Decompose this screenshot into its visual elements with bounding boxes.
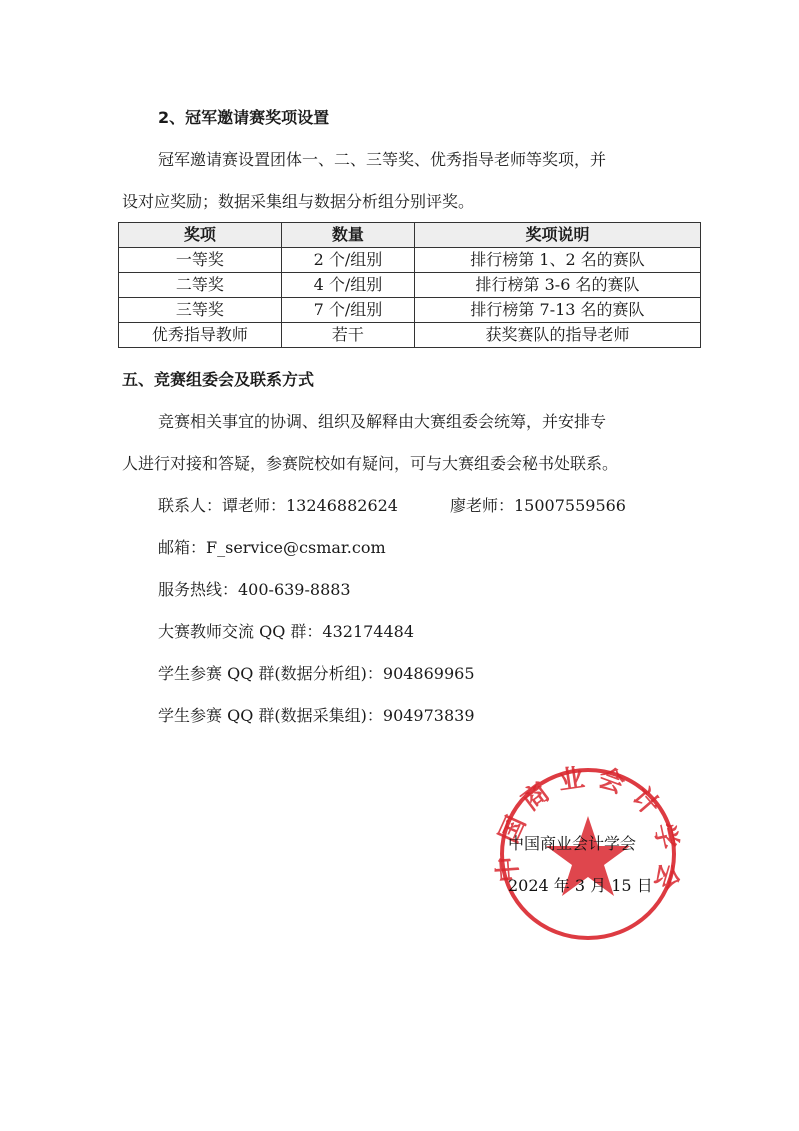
signature-date: 2024 年 3 月 15 日: [508, 876, 653, 896]
cell-description: 排行榜第 7-13 名的赛队: [414, 298, 700, 323]
contact-email: 邮箱：F_service@csmar.com: [158, 538, 386, 558]
contact-person-liao: 廖老师：15007559566: [450, 496, 626, 516]
table-row: 三等奖 7 个/组别 排行榜第 7-13 名的赛队: [119, 298, 701, 323]
contact-hotline: 服务热线：400-639-8883: [158, 580, 351, 600]
cell-award: 一等奖: [119, 248, 282, 273]
table-row: 一等奖 2 个/组别 排行榜第 1、2 名的赛队: [119, 248, 701, 273]
header-quantity: 数量: [281, 223, 414, 248]
cell-quantity: 若干: [281, 323, 414, 348]
contact-teacher-qq: 大赛教师交流 QQ 群：432174484: [158, 622, 414, 642]
section5-paragraph-line1: 竞赛相关事宜的协调、组织及解释由大赛组委会统筹，并安排专: [158, 412, 606, 432]
contact-person-tan: 联系人：谭老师：13246882624: [158, 496, 398, 516]
cell-award: 二等奖: [119, 273, 282, 298]
cell-description: 获奖赛队的指导老师: [414, 323, 700, 348]
section2-paragraph-line2: 设对应奖励；数据采集组与数据分析组分别评奖。: [122, 192, 474, 212]
cell-quantity: 2 个/组别: [281, 248, 414, 273]
contact-student-qq-collection: 学生参赛 QQ 群(数据采集组)：904973839: [158, 706, 475, 726]
contact-student-qq-analysis: 学生参赛 QQ 群(数据分析组)：904869965: [158, 664, 475, 684]
cell-award: 三等奖: [119, 298, 282, 323]
cell-description: 排行榜第 1、2 名的赛队: [414, 248, 700, 273]
section2-paragraph-line1: 冠军邀请赛设置团体一、二、三等奖、优秀指导老师等奖项，并: [158, 150, 606, 170]
section5-paragraph-line2: 人进行对接和答疑，参赛院校如有疑问，可与大赛组委会秘书处联系。: [122, 454, 618, 474]
table-row: 优秀指导教师 若干 获奖赛队的指导老师: [119, 323, 701, 348]
cell-description: 排行榜第 3-6 名的赛队: [414, 273, 700, 298]
section2-heading: 2、冠军邀请赛奖项设置: [158, 108, 329, 128]
table-header-row: 奖项 数量 奖项说明: [119, 223, 701, 248]
awards-table: 奖项 数量 奖项说明 一等奖 2 个/组别 排行榜第 1、2 名的赛队 二等奖 …: [118, 222, 701, 348]
header-award: 奖项: [119, 223, 282, 248]
section5-heading: 五、竞赛组委会及联系方式: [122, 370, 314, 390]
cell-quantity: 7 个/组别: [281, 298, 414, 323]
table-row: 二等奖 4 个/组别 排行榜第 3-6 名的赛队: [119, 273, 701, 298]
signature-organization: 中国商业会计学会: [508, 834, 636, 854]
cell-award: 优秀指导教师: [119, 323, 282, 348]
cell-quantity: 4 个/组别: [281, 273, 414, 298]
official-seal: 中国商业会计学会 中国商业会计学会 2024 年 3 月 15 日: [488, 766, 688, 946]
header-description: 奖项说明: [414, 223, 700, 248]
seal-stamp-icon: 中国商业会计学会: [488, 766, 688, 946]
